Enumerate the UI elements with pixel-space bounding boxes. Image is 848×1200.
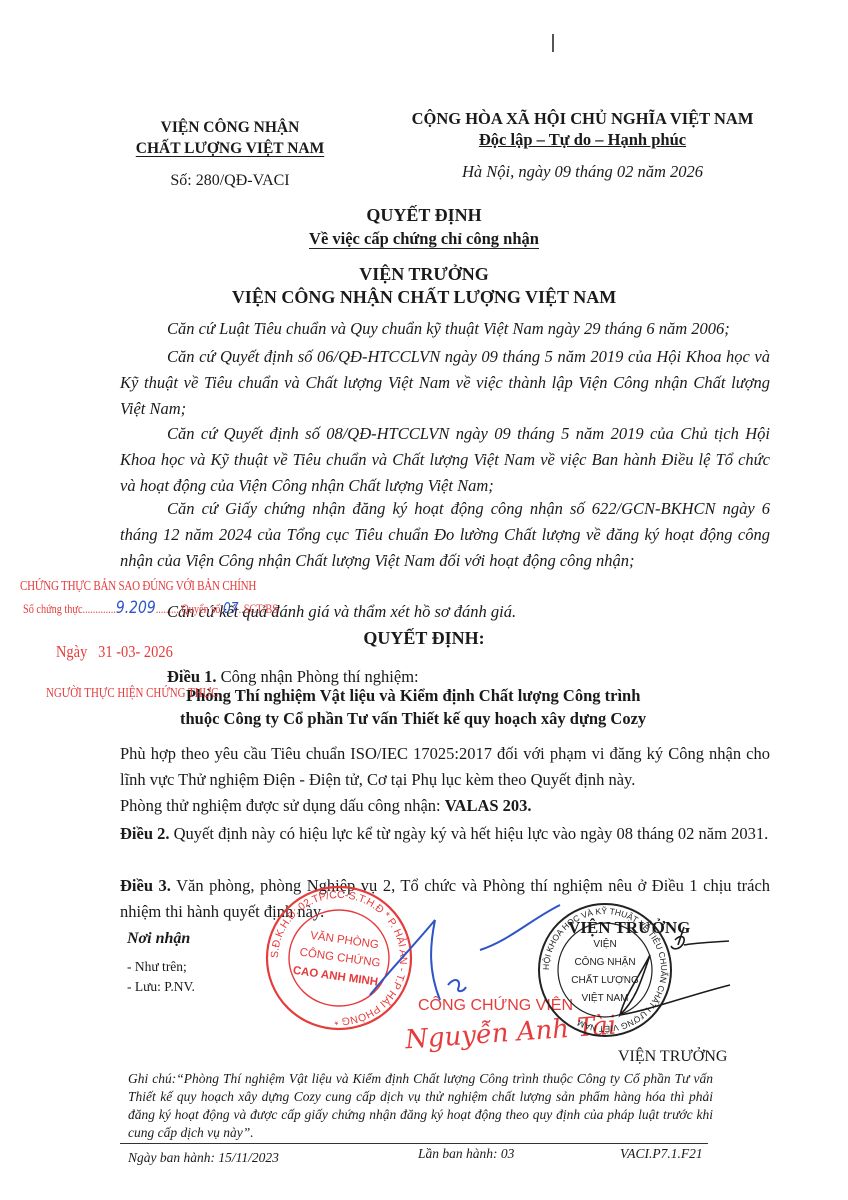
article-1-label: Điều 1. [167,667,217,686]
recipients-list: - Như trên; - Lưu: P.NV. [127,957,195,997]
note-text: “Phòng Thí nghiệm Vật liệu và Kiểm định … [128,1071,713,1140]
issuer-name-line2: CHẤT LƯỢNG VIỆT NAM [110,138,350,159]
article-2-label: Điều 2. [120,824,170,843]
recipients-label: Nơi nhận [127,930,190,948]
signer-title-repeat: VIỆN TRƯỞNG [618,1048,727,1066]
article-2-text: Quyết định này có hiệu lực kể từ ngày ký… [174,824,769,843]
footer-divider [120,1143,708,1144]
country-name: CỘNG HÒA XÃ HỘI CHỦ NGHĨA VIỆT NAM [385,108,780,129]
decision-heading: QUYẾT ĐỊNH: [100,628,748,649]
recipient-item: - Lưu: P.NV. [127,977,195,997]
lab-company: thuộc Công ty Cổ phần Tư vấn Thiết kế qu… [180,709,760,729]
article-1-text: Công nhận Phòng thí nghiệm: [221,667,419,686]
form-code: VACI.P7.1.F21 [620,1146,703,1162]
article-2: Điều 2. Quyết định này có hiệu lực kể từ… [120,821,770,847]
scan-mark [552,34,554,52]
book-number: 07 [223,599,239,617]
certifying-officer-label: NGƯỜI THỰC HIỆN CHỨNG THỰC [46,686,218,702]
national-motto: Độc lập – Tự do – Hạnh phúc [385,129,780,150]
document-number: Số: 280/QĐ-VACI [110,170,350,191]
issuer-block: VIỆN CÔNG NHẬN CHẤT LƯỢNG VIỆT NAM Số: 2… [110,117,350,191]
document-subject: Về việc cấp chứng chỉ công nhận [100,229,748,249]
national-header: CỘNG HÒA XÃ HỘI CHỦ NGHĨA VIỆT NAM Độc l… [385,108,780,182]
conformity-statement: Phù hợp theo yêu cầu Tiêu chuẩn ISO/IEC … [120,741,770,793]
preamble-2: Căn cứ Quyết định số 06/QĐ-HTCCLVN ngày … [120,344,770,422]
note-label: Ghi chú: [128,1071,176,1086]
accreditation-code: VALAS 203. [445,796,532,815]
document-title: QUYẾT ĐỊNH [100,205,748,226]
lab-name: Phòng Thí nghiệm Vật liệu và Kiểm định C… [186,686,746,706]
authority-name: VIỆN CÔNG NHẬN CHẤT LƯỢNG VIỆT NAM [100,287,748,308]
certified-copy-stamp-title: CHỨNG THỰC BẢN SAO ĐÚNG VỚI BẢN CHÍNH [20,578,256,594]
cert-number: 9.209 [116,598,156,618]
preamble-1: Căn cứ Luật Tiêu chuẩn và Quy chuẩn kỹ t… [120,316,770,342]
authority-title: VIỆN TRƯỞNG [100,264,748,285]
article-3-label: Điều 3. [120,876,171,895]
issuer-name-line1: VIỆN CÔNG NHẬN [110,117,350,138]
certified-copy-numbers: Số chứng thực.............9.209.........… [23,598,278,618]
director-signature-icon [600,925,760,1035]
preamble-3: Căn cứ Quyết định số 08/QĐ-HTCCLVN ngày … [120,421,770,499]
revision-number: Lần ban hành: 03 [418,1146,514,1162]
note: Ghi chú:“Phòng Thí nghiệm Vật liệu và Ki… [128,1070,713,1142]
certified-copy-date: Ngày 31 -03- 2026 [56,642,173,662]
recipient-item: - Như trên; [127,957,195,977]
accreditation-mark: Phòng thử nghiệm được sử dụng dấu công n… [120,793,770,819]
issue-date: Ngày ban hành: 15/11/2023 [128,1150,279,1166]
place-date: Hà Nội, ngày 09 tháng 02 năm 2026 [385,161,780,182]
preamble-4: Căn cứ Giấy chứng nhận đăng ký hoạt động… [120,496,770,574]
